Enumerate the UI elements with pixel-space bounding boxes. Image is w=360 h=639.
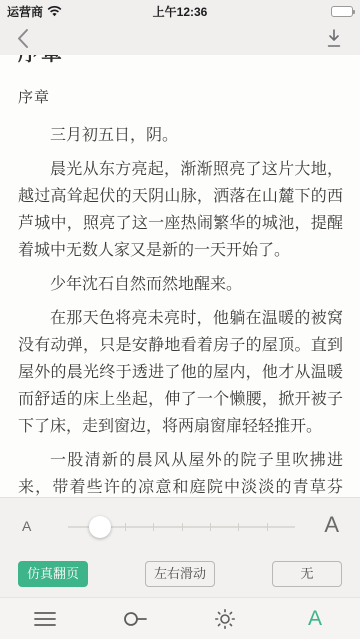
slider-tick <box>267 523 268 531</box>
section-title: 序章 <box>18 86 50 107</box>
paragraph: 少年沈石自然而然地醒来。 <box>18 271 343 298</box>
menu-icon <box>34 611 56 627</box>
slider-tick <box>182 523 183 531</box>
progress-button[interactable] <box>90 598 180 639</box>
chevron-left-icon <box>16 28 29 49</box>
slider-tick <box>210 523 211 531</box>
font-icon: A <box>308 607 322 631</box>
slider-tick <box>125 523 126 531</box>
font-size-slider[interactable] <box>68 506 295 548</box>
top-bar: 上午12:36 运营商 <box>0 0 360 55</box>
paragraph: 晨光从东方亮起，渐渐照亮了这片大地，越过高耸起伏的天阴山脉，洒落在山麓下的西芦城… <box>18 156 343 264</box>
status-bar: 上午12:36 运营商 <box>0 0 360 22</box>
nav-bar <box>0 22 360 55</box>
progress-icon <box>122 611 148 627</box>
download-icon <box>326 29 342 48</box>
download-button[interactable] <box>312 22 356 55</box>
back-button[interactable] <box>0 22 44 55</box>
brightness-icon <box>215 609 235 629</box>
paragraph: 三月初五日，阴。 <box>18 122 343 149</box>
font-settings-button[interactable]: A <box>270 598 360 639</box>
font-size-decrease-button[interactable]: A <box>22 518 31 534</box>
page-mode-simulation-button[interactable]: 仿真翻页 <box>18 561 88 587</box>
body-text: 三月初五日，阴。 晨光从东方亮起，渐渐照亮了这片大地，越过高耸起伏的天阴山脉，洒… <box>18 122 343 562</box>
reading-settings-panel: A A 仿真翻页 左右滑动 无 <box>0 497 360 597</box>
font-size-slider-row: A A <box>0 506 360 548</box>
menu-button[interactable] <box>0 598 90 639</box>
brightness-button[interactable] <box>180 598 270 639</box>
reader-app-screen: 序章 序章 三月初五日，阴。 晨光从东方亮起，渐渐照亮了这片大地，越过高耸起伏的… <box>0 0 360 639</box>
paragraph: 在那天色将亮未亮时，他躺在温暖的被窝没有动弹，只是安静地看着房子的屋顶。直到屋外… <box>18 305 343 440</box>
page-turn-modes: 仿真翻页 左右滑动 无 <box>0 561 360 587</box>
font-size-increase-button[interactable]: A <box>324 512 339 538</box>
slider-tick <box>238 523 239 531</box>
battery-icon <box>331 6 353 17</box>
slider-tick <box>153 523 154 531</box>
page-mode-none-button[interactable]: 无 <box>272 561 342 587</box>
slider-thumb[interactable] <box>89 516 111 538</box>
page-mode-slide-button[interactable]: 左右滑动 <box>145 561 215 587</box>
bottom-toolbar: A <box>0 597 360 639</box>
status-time: 上午12:36 <box>0 3 360 20</box>
